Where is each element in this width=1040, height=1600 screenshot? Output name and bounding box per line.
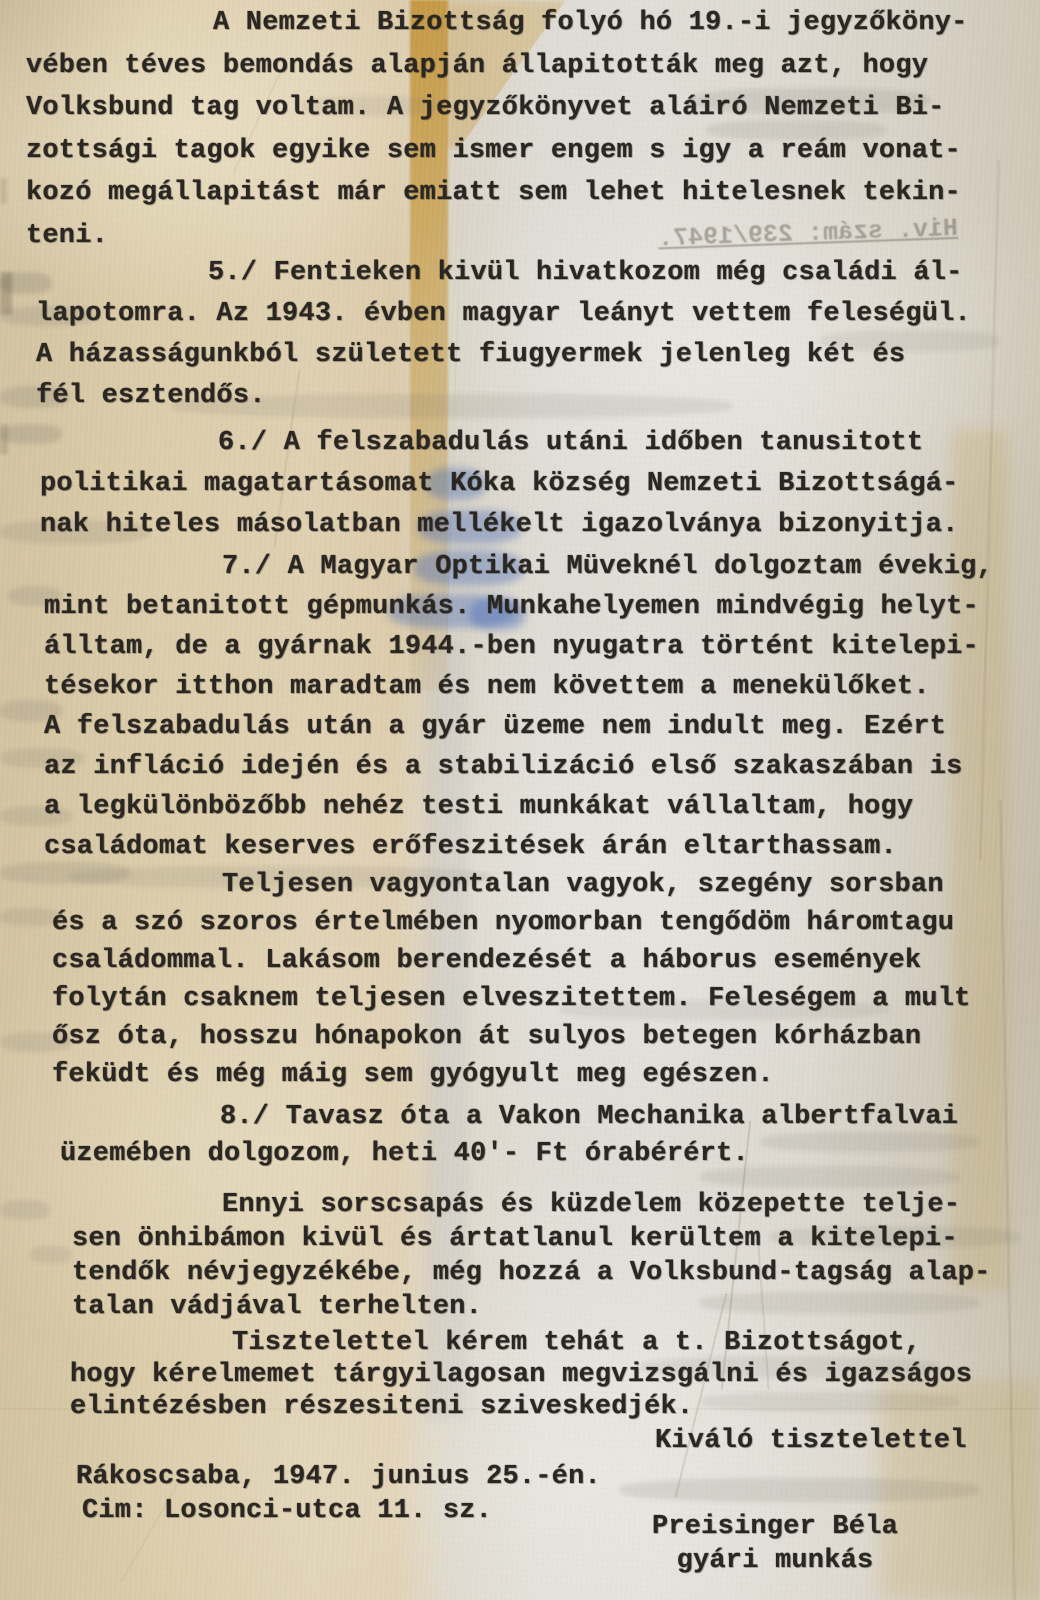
document-line: nak hiteles másolatban mellékelt igazolv… [40,510,959,551]
paragraph: 5./ Fentieken kivül hivatkozom még csalá… [36,258,971,422]
document-line: fél esztendős. [36,381,971,422]
document-line: Teljesen vagyontalan vagyok, szegény sor… [52,870,971,908]
closing-salutation: Kiváló tisztelettel [655,1426,967,1456]
document-line: tendők névjegyzékébe, még hozzá a Volksb… [72,1258,991,1292]
document-line: és a szó szoros értelmében nyomorban ten… [52,908,971,946]
document-line: elintézésben részesiteni sziveskedjék. [70,1392,972,1424]
paragraph: 7./ A Magyar Optikai Müveknél dolgoztam … [44,552,993,872]
document-line: A házasságunkból született fiugyermek je… [36,340,971,381]
document-line: 7./ A Magyar Optikai Müveknél dolgoztam … [44,552,993,592]
document-line: 6./ A felszabadulás utáni időben tanusit… [40,428,959,469]
crease-line [120,1478,182,1583]
paragraph: Ennyi sorscsapás és küzdelem közepette t… [72,1190,991,1326]
document-line: álltam, de a gyárnak 1944.-ben nyugatra … [44,632,993,672]
document-line: családommal. Lakásom berendezését a hábo… [52,946,971,984]
document-line: mint betanitott gépmunkás. Munkahelyemen… [44,592,993,632]
signature-name: Preisinger Béla [640,1512,910,1542]
document-line: lapotomra. Az 1943. évben magyar leányt … [36,299,971,340]
paragraph: Teljesen vagyontalan vagyok, szegény sor… [52,870,971,1098]
document-line: Volksbund tag voltam. A jegyzőkönyvet al… [26,93,968,136]
document-line: 8./ Tavasz óta a Vakon Mechanika albertf… [60,1102,958,1139]
sender-address: Cim: Losonci-utca 11. sz. [82,1496,492,1526]
document-line: az infláció idején és a stabilizáció els… [44,752,993,792]
document-line: a legkülönbözőbb nehéz testi munkákat vá… [44,792,993,832]
document-line: Tisztelettel kérem tehát a t. Bizottságo… [70,1328,972,1360]
document-line: üzemében dolgozom, heti 40'- Ft órabérér… [60,1139,958,1176]
document-line: teni. [26,221,968,264]
document-line: folytán csaknem teljesen elveszitettem. … [52,984,971,1022]
edge-mark [0,424,8,454]
document-line: sen önhibámon kivül és ártatlanul került… [72,1224,991,1258]
document-line: 5./ Fentieken kivül hivatkozom még csalá… [36,258,971,299]
document-line: feküdt és még máig sem gyógyult meg egés… [52,1060,971,1098]
document-line: talan vádjával terhelten. [72,1292,991,1326]
document-line: kozó megállapitást már emiatt sem lehet … [26,178,968,221]
scanned-document-page: Hiv. szám: 239/1947. A Nemzeti Bizottság… [0,0,1040,1600]
document-line: zottsági tagok egyike sem ismer engem s … [26,136,968,179]
document-line: tésekor itthon maradtam és nem követtem … [44,672,993,712]
edge-mark [0,272,12,314]
bleedthrough-mark [0,1200,50,1220]
document-line: ősz óta, hosszu hónapokon át sulyos bete… [52,1022,971,1060]
document-line: vében téves bemondás alapján állapitottá… [26,51,968,94]
document-line: politikai magatartásomat Kóka község Nem… [40,469,959,510]
document-line: Ennyi sorscsapás és küzdelem közepette t… [72,1190,991,1224]
bleedthrough-mark [620,1478,980,1502]
bleedthrough-mark [30,1246,72,1264]
crease-line [999,800,1016,1600]
place-and-date: Rákoscsaba, 1947. junius 25.-én. [76,1462,601,1492]
edge-mark [0,178,7,204]
paragraph: A Nemzeti Bizottság folyó hó 19.-i jegyz… [26,8,968,263]
paragraph: Tisztelettel kérem tehát a t. Bizottságo… [70,1328,972,1424]
document-line: családomat keserves erőfeszitések árán e… [44,832,993,872]
paragraph: 6./ A felszabadulás utáni időben tanusit… [40,428,959,551]
paragraph: 8./ Tavasz óta a Vakon Mechanika albertf… [60,1102,958,1176]
document-line: A felszabadulás után a gyár üzeme nem in… [44,712,993,752]
signature-role: gyári munkás [640,1546,910,1576]
document-line: A Nemzeti Bizottság folyó hó 19.-i jegyz… [26,8,968,51]
bleedthrough-mark [0,908,60,926]
document-line: hogy kérelmemet tárgyilagosan megvizsgál… [70,1360,972,1392]
